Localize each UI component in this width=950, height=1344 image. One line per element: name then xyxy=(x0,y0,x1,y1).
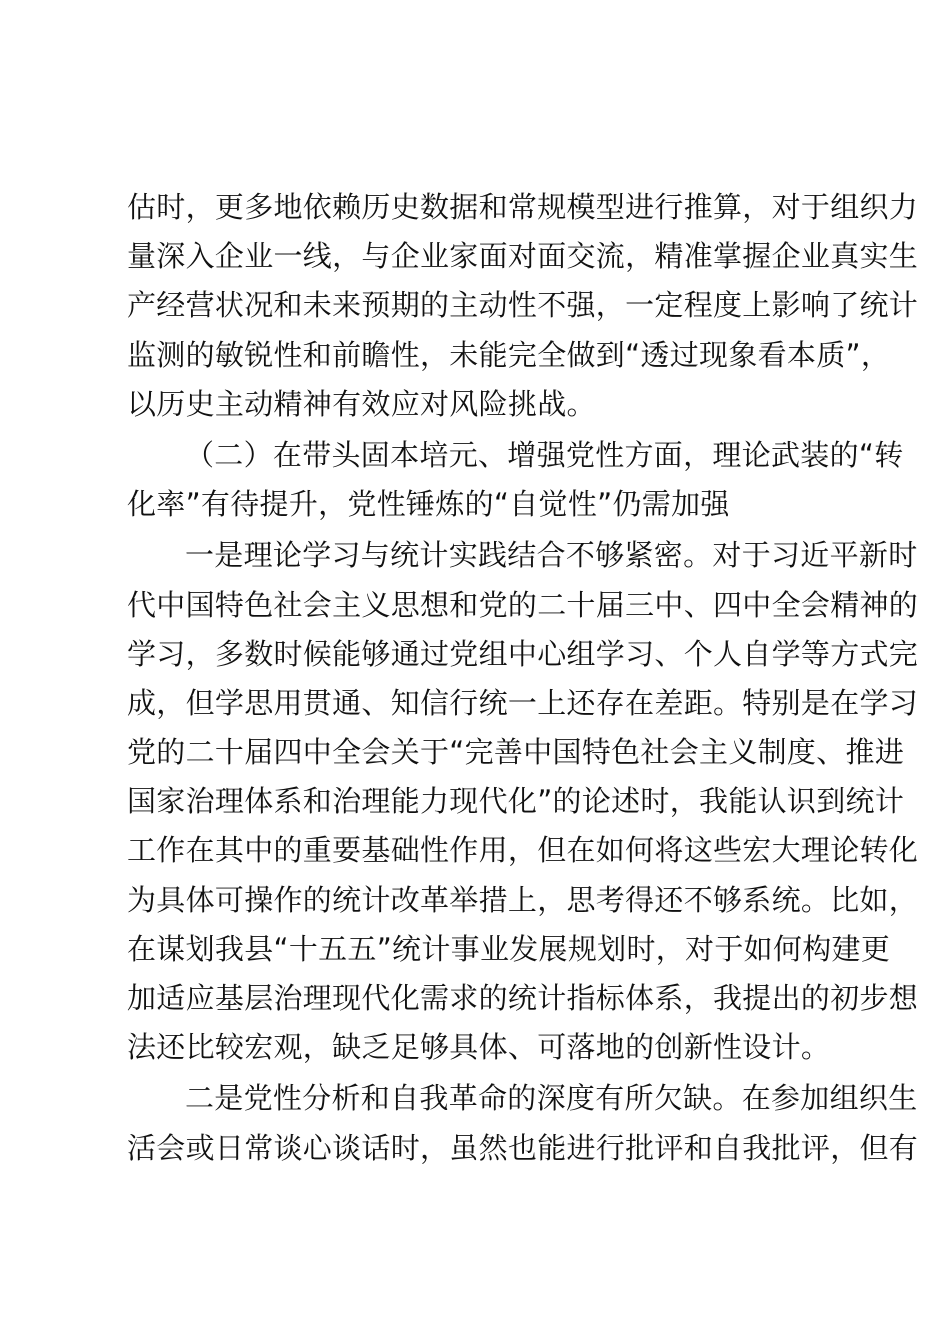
text-line: 二是党性分析和自我革命的深度有所欠缺。在参加组织生 xyxy=(127,1074,837,1123)
text-line: 产经营状况和未来预期的主动性不强，一定程度上影响了统计 xyxy=(127,281,837,330)
text-line: 以历史主动精神有效应对风险挑战。 xyxy=(127,380,837,429)
text-line: 活会或日常谈心谈话时，虽然也能进行批评和自我批评，但有 xyxy=(127,1124,837,1173)
heading-line: （二）在带头固本培元、增强党性方面，理论武装的“转 xyxy=(127,431,837,480)
text-line: 一是理论学习与统计实践结合不够紧密。对于习近平新时 xyxy=(127,531,837,580)
text-line: 工作在其中的重要基础性作用，但在如何将这些宏大理论转化 xyxy=(127,826,837,875)
text-line: 为具体可操作的统计改革举措上，思考得还不够系统。比如， xyxy=(127,876,837,925)
text-line: 国家治理体系和治理能力现代化”的论述时，我能认识到统计 xyxy=(127,777,837,826)
text-line: 量深入企业一线，与企业家面对面交流，精准掌握企业真实生 xyxy=(127,232,837,281)
text-line: 党的二十届四中全会关于“完善中国特色社会主义制度、推进 xyxy=(127,728,837,777)
heading-line: 化率”有待提升，党性锤炼的“自觉性”仍需加强 xyxy=(127,480,837,529)
text-line: 在谋划我县“十五五”统计事业发展规划时，对于如何构建更 xyxy=(127,925,837,974)
paragraph-point-1: 一是理论学习与统计实践结合不够紧密。对于习近平新时 代中国特色社会主义思想和党的… xyxy=(127,531,837,1072)
paragraph-continuation: 估时，更多地依赖历史数据和常规模型进行推算，对于组织力 量深入企业一线，与企业家… xyxy=(127,183,837,429)
section-heading: （二）在带头固本培元、增强党性方面，理论武装的“转 化率”有待提升，党性锤炼的“… xyxy=(127,431,837,529)
text-line: 学习，多数时候能够通过党组中心组学习、个人自学等方式完 xyxy=(127,630,837,679)
document-page: 估时，更多地依赖历史数据和常规模型进行推算，对于组织力 量深入企业一线，与企业家… xyxy=(127,183,837,1173)
text-line: 估时，更多地依赖历史数据和常规模型进行推算，对于组织力 xyxy=(127,183,837,232)
text-line: 成，但学思用贯通、知信行统一上还存在差距。特别是在学习 xyxy=(127,679,837,728)
text-line: 代中国特色社会主义思想和党的二十届三中、四中全会精神的 xyxy=(127,581,837,630)
paragraph-point-2: 二是党性分析和自我革命的深度有所欠缺。在参加组织生 活会或日常谈心谈话时，虽然也… xyxy=(127,1074,837,1172)
text-line: 加适应基层治理现代化需求的统计指标体系，我提出的初步想 xyxy=(127,974,837,1023)
text-line: 法还比较宏观，缺乏足够具体、可落地的创新性设计。 xyxy=(127,1023,837,1072)
text-line: 监测的敏锐性和前瞻性，未能完全做到“透过现象看本质”， xyxy=(127,331,837,380)
